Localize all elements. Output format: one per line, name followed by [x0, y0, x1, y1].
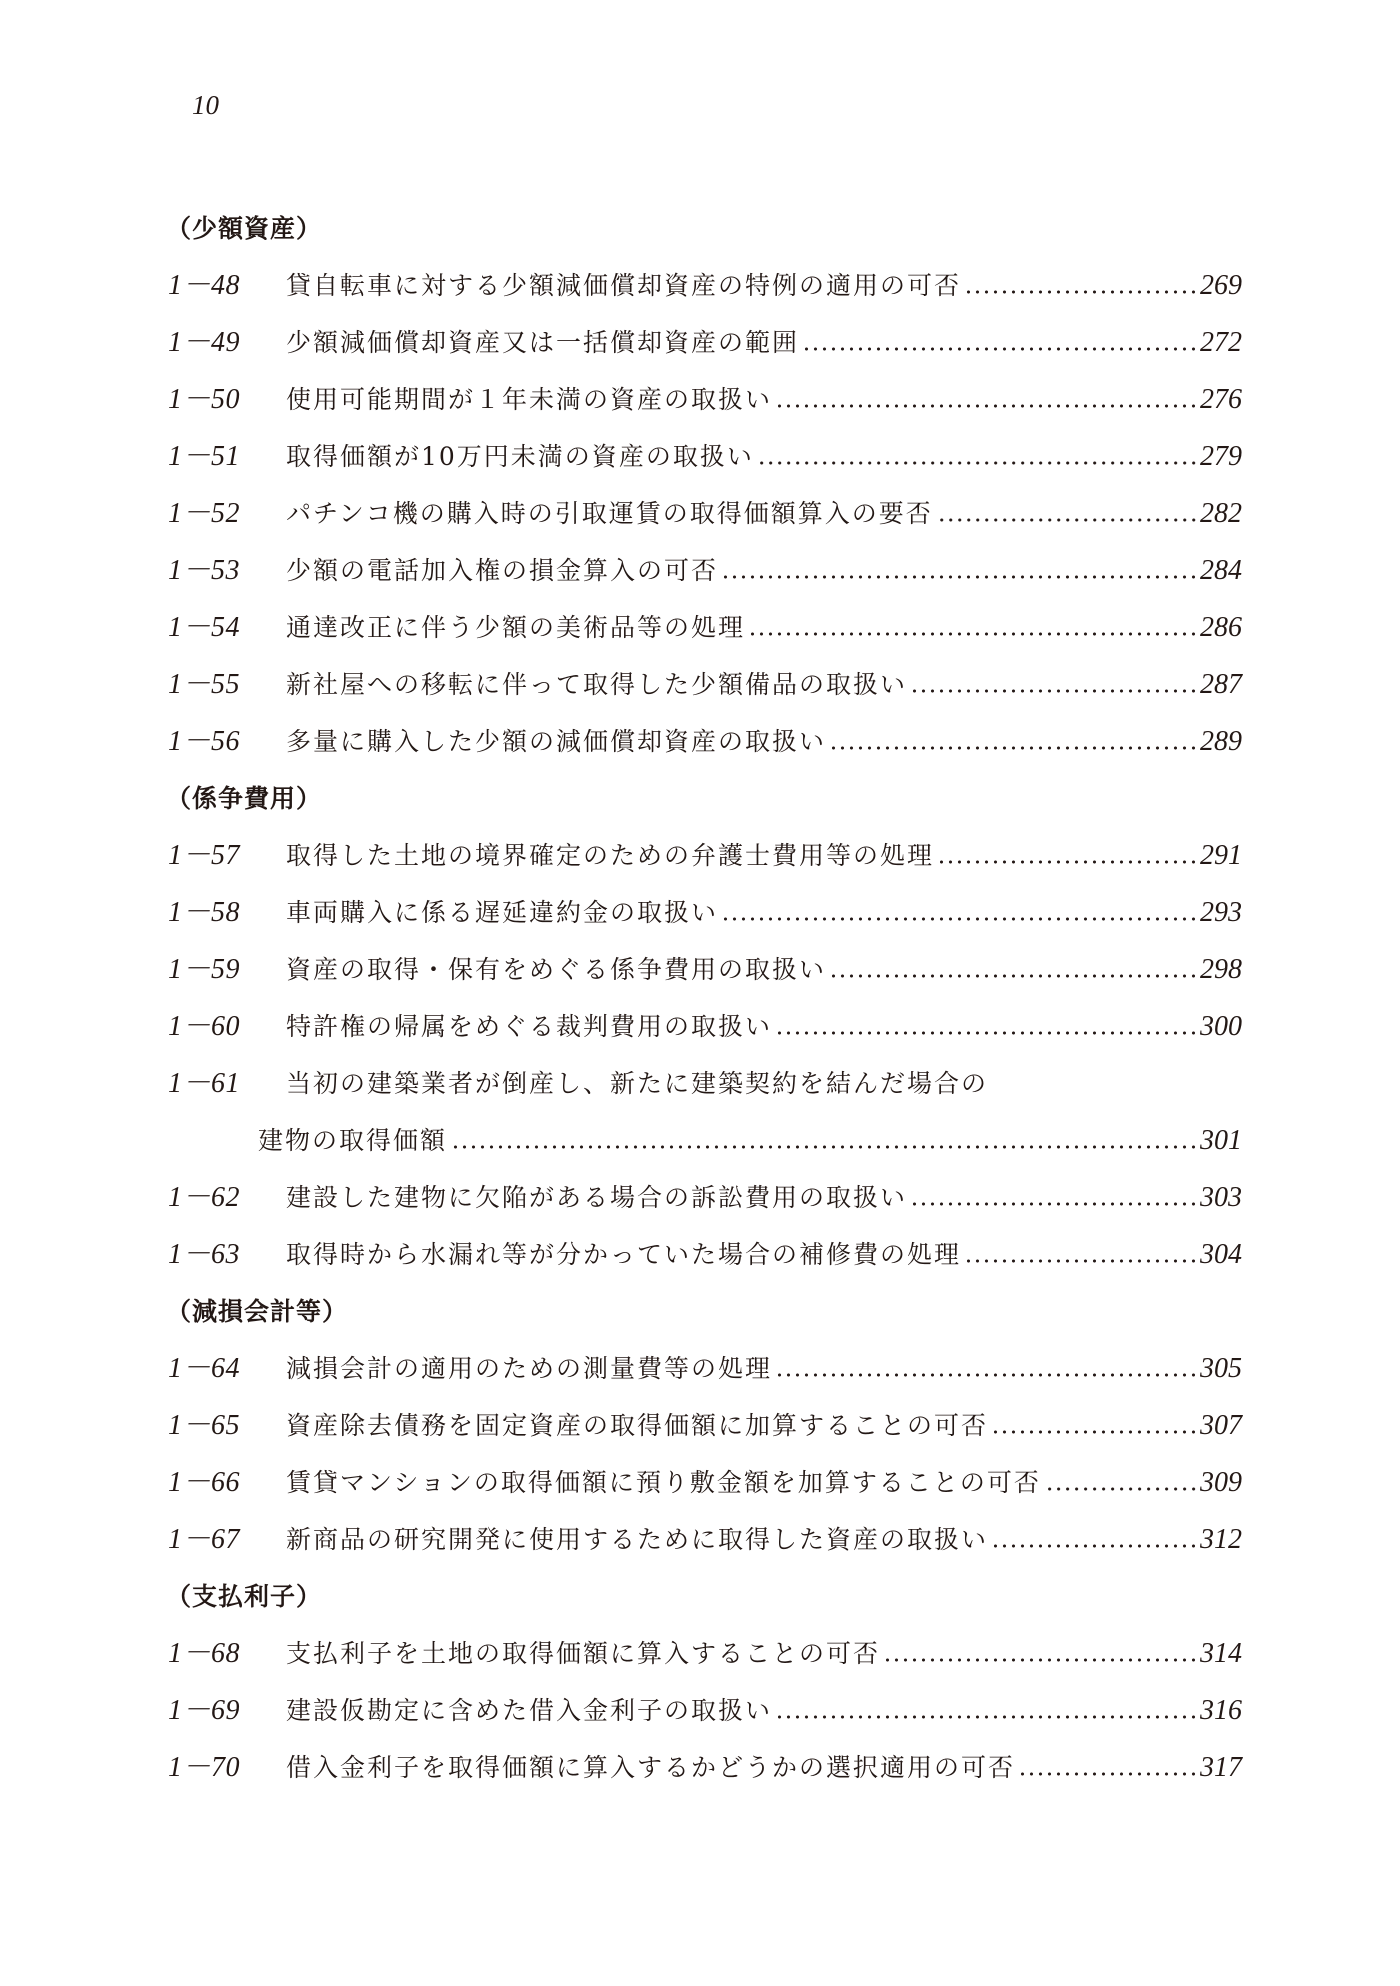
entry-number: 1－67 [168, 1511, 286, 1568]
toc-entry[interactable]: 1－67 新商品の研究開発に使用するために取得した資産の取扱い 312 [168, 1511, 1242, 1568]
entry-number: 1－63 [168, 1226, 286, 1283]
dot-leader [778, 1028, 1198, 1038]
toc-entry[interactable]: 1－61 当初の建築業者が倒産し、新たに建築契約を結んだ場合の [168, 1055, 1242, 1112]
entry-title: 特許権の帰属をめぐる裁判費用の取扱い [286, 998, 772, 1055]
entry-page: 316 [1200, 1682, 1242, 1739]
entry-number: 1－54 [168, 599, 286, 656]
entry-page: 284 [1200, 542, 1242, 599]
entry-page: 304 [1200, 1226, 1242, 1283]
table-of-contents: （少額資産） 1－48 貸自転車に対する少額減価償却資産の特例の適用の可否 26… [168, 200, 1242, 1796]
toc-entry[interactable]: 1－50 使用可能期間が１年未満の資産の取扱い 276 [168, 371, 1242, 428]
section-heading: （係争費用） [166, 770, 1242, 827]
toc-entry[interactable]: 1－56 多量に購入した少額の減価償却資産の取扱い 289 [168, 713, 1242, 770]
dot-leader [724, 572, 1198, 582]
dot-leader [778, 1712, 1198, 1722]
toc-entry[interactable]: 1－58 車両購入に係る遅延違約金の取扱い 293 [168, 884, 1242, 941]
entry-number: 1－60 [168, 998, 286, 1055]
dot-leader [939, 515, 1198, 525]
toc-entry[interactable]: 1－65 資産除去債務を固定資産の取得価額に加算することの可否 307 [168, 1397, 1242, 1454]
toc-entry[interactable]: 1－52 パチンコ機の購入時の引取運賃の取得価額算入の要否 282 [168, 485, 1242, 542]
dot-leader [760, 458, 1198, 468]
dot-leader [832, 743, 1198, 753]
entry-title: 借入金利子を取得価額に算入するかどうかの選択適用の可否 [286, 1739, 1015, 1796]
entry-title: 支払利子を土地の取得価額に算入することの可否 [286, 1625, 880, 1682]
entry-title: 新商品の研究開発に使用するために取得した資産の取扱い [286, 1511, 988, 1568]
dot-leader [1021, 1769, 1198, 1779]
entry-number: 1－66 [168, 1454, 286, 1511]
entry-page: 314 [1200, 1625, 1242, 1682]
section-heading: （少額資産） [166, 200, 1242, 257]
toc-entry-continuation[interactable]: 建物の取得価額 301 [168, 1112, 1242, 1169]
toc-entry[interactable]: 1－59 資産の取得・保有をめぐる係争費用の取扱い 298 [168, 941, 1242, 998]
entry-title: 少額減価償却資産又は一括償却資産の範囲 [286, 314, 799, 371]
entry-number: 1－53 [168, 542, 286, 599]
entry-title: 賃貸マンションの取得価額に預り敷金額を加算することの可否 [286, 1454, 1041, 1511]
entry-page: 289 [1200, 713, 1242, 770]
entry-title: 取得価額が10万円未満の資産の取扱い [286, 428, 754, 485]
entry-title: 建設した建物に欠陥がある場合の訴訟費用の取扱い [286, 1169, 907, 1226]
entry-page: 301 [1200, 1112, 1242, 1169]
entry-title: 貸自転車に対する少額減価償却資産の特例の適用の可否 [286, 257, 961, 314]
toc-section-impairment-accounting: （減損会計等） 1－64 減損会計の適用のための測量費等の処理 305 1－65… [168, 1283, 1242, 1568]
entry-number: 1－50 [168, 371, 286, 428]
dot-leader [940, 857, 1198, 867]
entry-number: 1－49 [168, 314, 286, 371]
entry-title: 多量に購入した少額の減価償却資産の取扱い [286, 713, 826, 770]
entry-number: 1－69 [168, 1682, 286, 1739]
entry-page: 309 [1200, 1454, 1242, 1511]
dot-leader [778, 1370, 1198, 1380]
entry-page: 286 [1200, 599, 1242, 656]
entry-number: 1－57 [168, 827, 286, 884]
dot-leader [724, 914, 1198, 924]
entry-page: 300 [1200, 998, 1242, 1055]
toc-entry[interactable]: 1－57 取得した土地の境界確定のための弁護士費用等の処理 291 [168, 827, 1242, 884]
dot-leader [994, 1541, 1198, 1551]
entry-number: 1－55 [168, 656, 286, 713]
dot-leader [967, 287, 1198, 297]
toc-section-interest-payments: （支払利子） 1－68 支払利子を土地の取得価額に算入することの可否 314 1… [168, 1568, 1242, 1796]
entry-number: 1－70 [168, 1739, 286, 1796]
toc-entry[interactable]: 1－55 新社屋への移転に伴って取得した少額備品の取扱い 287 [168, 656, 1242, 713]
entry-title: 通達改正に伴う少額の美術品等の処理 [286, 599, 745, 656]
toc-entry[interactable]: 1－53 少額の電話加入権の損金算入の可否 284 [168, 542, 1242, 599]
section-heading: （支払利子） [166, 1568, 1242, 1625]
entry-page: 317 [1200, 1739, 1242, 1796]
toc-section-litigation-costs: （係争費用） 1－57 取得した土地の境界確定のための弁護士費用等の処理 291… [168, 770, 1242, 1283]
dot-leader [805, 344, 1198, 354]
entry-title: 使用可能期間が１年未満の資産の取扱い [286, 371, 772, 428]
entry-number: 1－68 [168, 1625, 286, 1682]
entry-number: 1－62 [168, 1169, 286, 1226]
dot-leader [913, 686, 1198, 696]
entry-page: 312 [1200, 1511, 1242, 1568]
entry-number: 1－65 [168, 1397, 286, 1454]
entry-number: 1－61 [168, 1055, 286, 1112]
entry-page: 287 [1200, 656, 1242, 713]
toc-entry[interactable]: 1－51 取得価額が10万円未満の資産の取扱い 279 [168, 428, 1242, 485]
dot-leader [886, 1655, 1198, 1665]
entry-page: 293 [1200, 884, 1242, 941]
entry-title: 当初の建築業者が倒産し、新たに建築契約を結んだ場合の [286, 1055, 988, 1112]
entry-title: 少額の電話加入権の損金算入の可否 [286, 542, 718, 599]
entry-page: 298 [1200, 941, 1242, 998]
toc-entry[interactable]: 1－62 建設した建物に欠陥がある場合の訴訟費用の取扱い 303 [168, 1169, 1242, 1226]
entry-page: 279 [1200, 428, 1242, 485]
dot-leader [453, 1142, 1198, 1152]
dot-leader [832, 971, 1198, 981]
entry-number: 1－59 [168, 941, 286, 998]
entry-page: 276 [1200, 371, 1242, 428]
toc-entry[interactable]: 1－64 減損会計の適用のための測量費等の処理 305 [168, 1340, 1242, 1397]
entry-title: 資産除去債務を固定資産の取得価額に加算することの可否 [286, 1397, 988, 1454]
dot-leader [913, 1199, 1198, 1209]
toc-entry[interactable]: 1－70 借入金利子を取得価額に算入するかどうかの選択適用の可否 317 [168, 1739, 1242, 1796]
entry-page: 303 [1200, 1169, 1242, 1226]
entry-title: 建設仮勘定に含めた借入金利子の取扱い [286, 1682, 772, 1739]
entry-page: 291 [1200, 827, 1242, 884]
entry-title: 取得時から水漏れ等が分かっていた場合の補修費の処理 [286, 1226, 961, 1283]
toc-entry[interactable]: 1－48 貸自転車に対する少額減価償却資産の特例の適用の可否 269 [168, 257, 1242, 314]
dot-leader [967, 1256, 1198, 1266]
page-number: 10 [192, 92, 219, 119]
dot-leader [751, 629, 1198, 639]
dot-leader [1047, 1484, 1198, 1494]
entry-page: 282 [1200, 485, 1242, 542]
toc-entry[interactable]: 1－63 取得時から水漏れ等が分かっていた場合の補修費の処理 304 [168, 1226, 1242, 1283]
entry-number: 1－64 [168, 1340, 286, 1397]
entry-title: パチンコ機の購入時の引取運賃の取得価額算入の要否 [286, 485, 933, 542]
entry-title: 車両購入に係る遅延違約金の取扱い [286, 884, 718, 941]
dot-leader [994, 1427, 1198, 1437]
toc-entry[interactable]: 1－49 少額減価償却資産又は一括償却資産の範囲 272 [168, 314, 1242, 371]
dot-leader [778, 401, 1198, 411]
toc-entry[interactable]: 1－66 賃貸マンションの取得価額に預り敷金額を加算することの可否 309 [168, 1454, 1242, 1511]
entry-page: 272 [1200, 314, 1242, 371]
entry-number: 1－56 [168, 713, 286, 770]
entry-title: 資産の取得・保有をめぐる係争費用の取扱い [286, 941, 826, 998]
toc-entry[interactable]: 1－68 支払利子を土地の取得価額に算入することの可否 314 [168, 1625, 1242, 1682]
entry-title: 新社屋への移転に伴って取得した少額備品の取扱い [286, 656, 907, 713]
entry-title: 建物の取得価額 [258, 1112, 447, 1169]
toc-entry[interactable]: 1－54 通達改正に伴う少額の美術品等の処理 286 [168, 599, 1242, 656]
toc-entry[interactable]: 1－69 建設仮勘定に含めた借入金利子の取扱い 316 [168, 1682, 1242, 1739]
entry-title: 取得した土地の境界確定のための弁護士費用等の処理 [286, 827, 934, 884]
entry-number: 1－48 [168, 257, 286, 314]
entry-title: 減損会計の適用のための測量費等の処理 [286, 1340, 772, 1397]
entry-number: 1－52 [168, 485, 286, 542]
entry-page: 307 [1200, 1397, 1242, 1454]
entry-page: 269 [1200, 257, 1242, 314]
entry-number: 1－58 [168, 884, 286, 941]
toc-entry[interactable]: 1－60 特許権の帰属をめぐる裁判費用の取扱い 300 [168, 998, 1242, 1055]
entry-number: 1－51 [168, 428, 286, 485]
entry-page: 305 [1200, 1340, 1242, 1397]
section-heading: （減損会計等） [166, 1283, 1242, 1340]
toc-section-small-assets: （少額資産） 1－48 貸自転車に対する少額減価償却資産の特例の適用の可否 26… [168, 200, 1242, 770]
